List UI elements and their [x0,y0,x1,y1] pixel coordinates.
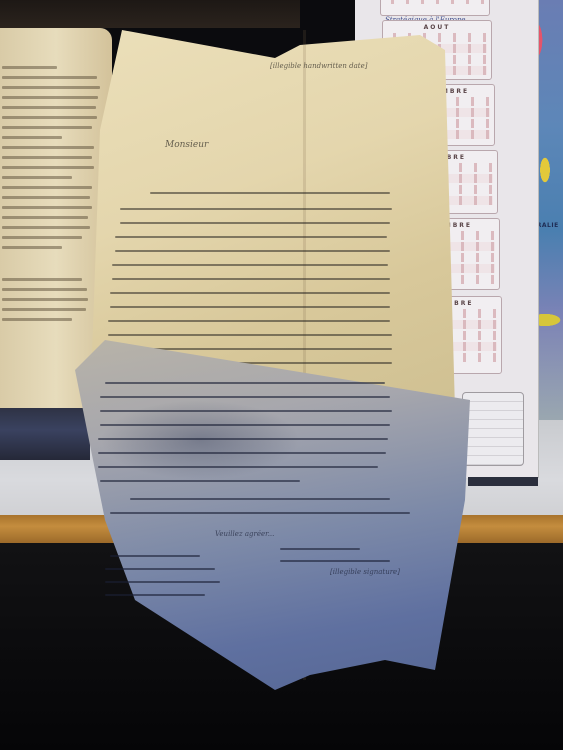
calendar-month-prev [380,0,490,16]
dark-shelf [0,0,300,28]
letter-signature: [illegible signature] [330,568,400,576]
calendar-notes-box [462,392,524,466]
photo-scene: AUSTRALIE Stratégique à l'Europe AOUT SE… [0,0,563,750]
calendar-base [468,477,538,486]
letter-salutation: Monsieur [165,140,208,150]
letter-closing: Veuillez agréer... [215,530,274,538]
book-stack [0,400,90,460]
letter-dateline: [illegible handwritten date] [270,62,368,70]
shadow [100,400,300,480]
